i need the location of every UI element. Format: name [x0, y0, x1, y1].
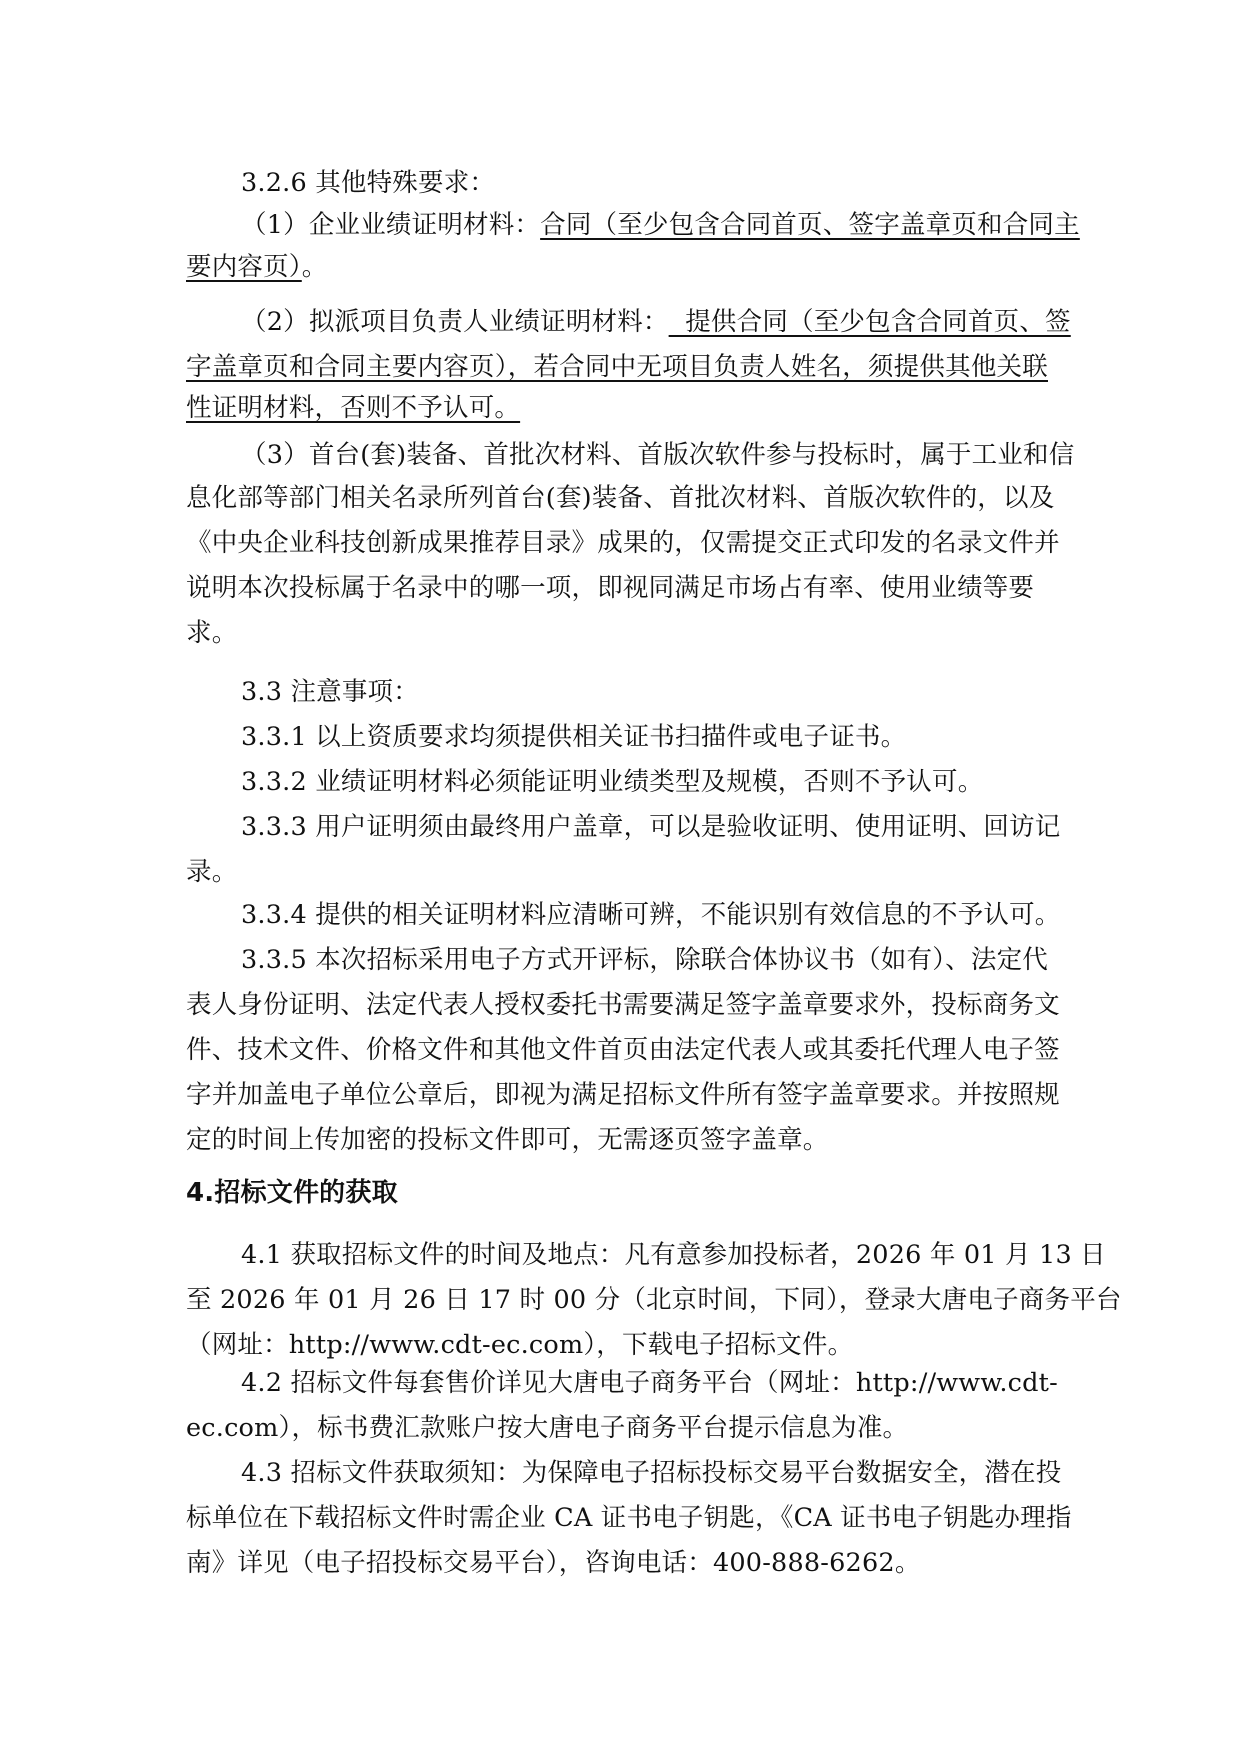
item-4-3-line-3: 南》详见（电子招投标交易平台），咨询电话：400-888-6262。: [186, 1541, 1048, 1585]
item-2-label: （2）拟派项目负责人业绩证明材料：: [241, 307, 669, 337]
item-1-tail: 。: [302, 252, 328, 282]
item-1-line-1: （1）企业业绩证明材料：合同（至少包含合同首页、签字盖章页和合同主: [241, 203, 1048, 247]
item-3-3-2: 3.3.2 业绩证明材料必须能证明业绩类型及规模，否则不予认可。: [241, 760, 1048, 804]
item-3-3-5-line-3: 件、技术文件、价格文件和其他文件首页由法定代表人或其委托代理人电子签: [186, 1028, 1048, 1072]
section-3-3-title: 3.3 注意事项：: [241, 670, 1048, 714]
item-1-underlined-text-2: 要内容页）: [186, 252, 302, 282]
item-4-3-line-1: 4.3 招标文件获取须知：为保障电子招标投标交易平台数据安全，潜在投: [241, 1451, 1048, 1495]
item-3-3-3-line-2: 录。: [186, 850, 1048, 894]
section-3-2-6-title: 3.2.6 其他特殊要求：: [241, 161, 1048, 205]
item-3-3-3-line-1: 3.3.3 用户证明须由最终用户盖章，可以是验收证明、使用证明、回访记: [241, 805, 1048, 849]
item-1-underlined-text: 合同（至少包含合同首页、签字盖章页和合同主: [540, 210, 1080, 240]
item-3-3-5-line-4: 字并加盖电子单位公章后，即视为满足招标文件所有签字盖章要求。并按照规: [186, 1073, 1048, 1117]
item-3-line-3: 《中央企业科技创新成果推荐目录》成果的，仅需提交正式印发的名录文件并: [186, 521, 1048, 565]
item-2-underlined-text-3: 性证明材料，否则不予认可。: [186, 393, 520, 423]
item-2-line-2: 字盖章页和合同主要内容页），若合同中无项目负责人姓名，须提供其他关联: [186, 345, 1048, 389]
item-3-line-5: 求。: [186, 611, 1048, 655]
item-3-line-4: 说明本次投标属于名录中的哪一项，即视同满足市场占有率、使用业绩等要: [186, 566, 1048, 610]
item-1-label: （1）企业业绩证明材料：: [241, 210, 540, 240]
item-4-3-line-2: 标单位在下载招标文件时需企业 CA 证书电子钥匙，《CA 证书电子钥匙办理指: [186, 1496, 1048, 1540]
document-page: 3.2.6 其他特殊要求： （1）企业业绩证明材料：合同（至少包含合同首页、签字…: [0, 0, 1240, 1753]
item-2-underlined-text-2: 字盖章页和合同主要内容页），若合同中无项目负责人姓名，须提供其他关联: [186, 352, 1048, 382]
item-3-3-5-line-1: 3.3.5 本次招标采用电子方式开评标，除联合体协议书（如有）、法定代: [241, 938, 1048, 982]
item-3-3-4: 3.3.4 提供的相关证明材料应清晰可辨，不能识别有效信息的不予认可。: [241, 893, 1048, 937]
item-2-line-3: 性证明材料，否则不予认可。: [186, 386, 1048, 430]
item-3-line-1: （3）首台(套)装备、首批次材料、首版次软件参与投标时，属于工业和信: [241, 433, 1048, 477]
item-2-line-1: （2）拟派项目负责人业绩证明材料： 提供合同（至少包含合同首页、签: [241, 300, 1048, 344]
item-4-1-line-1: 4.1 获取招标文件的时间及地点：凡有意参加投标者，2026 年 01 月 13…: [241, 1233, 1048, 1277]
item-4-2-line-2: ec.com），标书费汇款账户按大唐电子商务平台提示信息为准。: [186, 1406, 1048, 1450]
item-4-1-line-2: 至 2026 年 01 月 26 日 17 时 00 分（北京时间，下同），登录…: [186, 1278, 1048, 1322]
item-4-2-line-1: 4.2 招标文件每套售价详见大唐电子商务平台（网址：http://www.cdt…: [241, 1361, 1048, 1405]
item-3-3-1: 3.3.1 以上资质要求均须提供相关证书扫描件或电子证书。: [241, 715, 1048, 759]
section-4-heading: 4.招标文件的获取: [186, 1171, 1048, 1215]
item-3-3-5-line-5: 定的时间上传加密的投标文件即可，无需逐页签字盖章。: [186, 1118, 1048, 1162]
item-3-3-5-line-2: 表人身份证明、法定代表人授权委托书需要满足签字盖章要求外，投标商务文: [186, 983, 1048, 1027]
item-3-line-2: 息化部等部门相关名录所列首台(套)装备、首批次材料、首版次软件的，以及: [186, 476, 1048, 520]
item-2-underlined-text: 提供合同（至少包含合同首页、签: [669, 307, 1071, 337]
item-1-line-2: 要内容页）。: [186, 245, 1048, 289]
